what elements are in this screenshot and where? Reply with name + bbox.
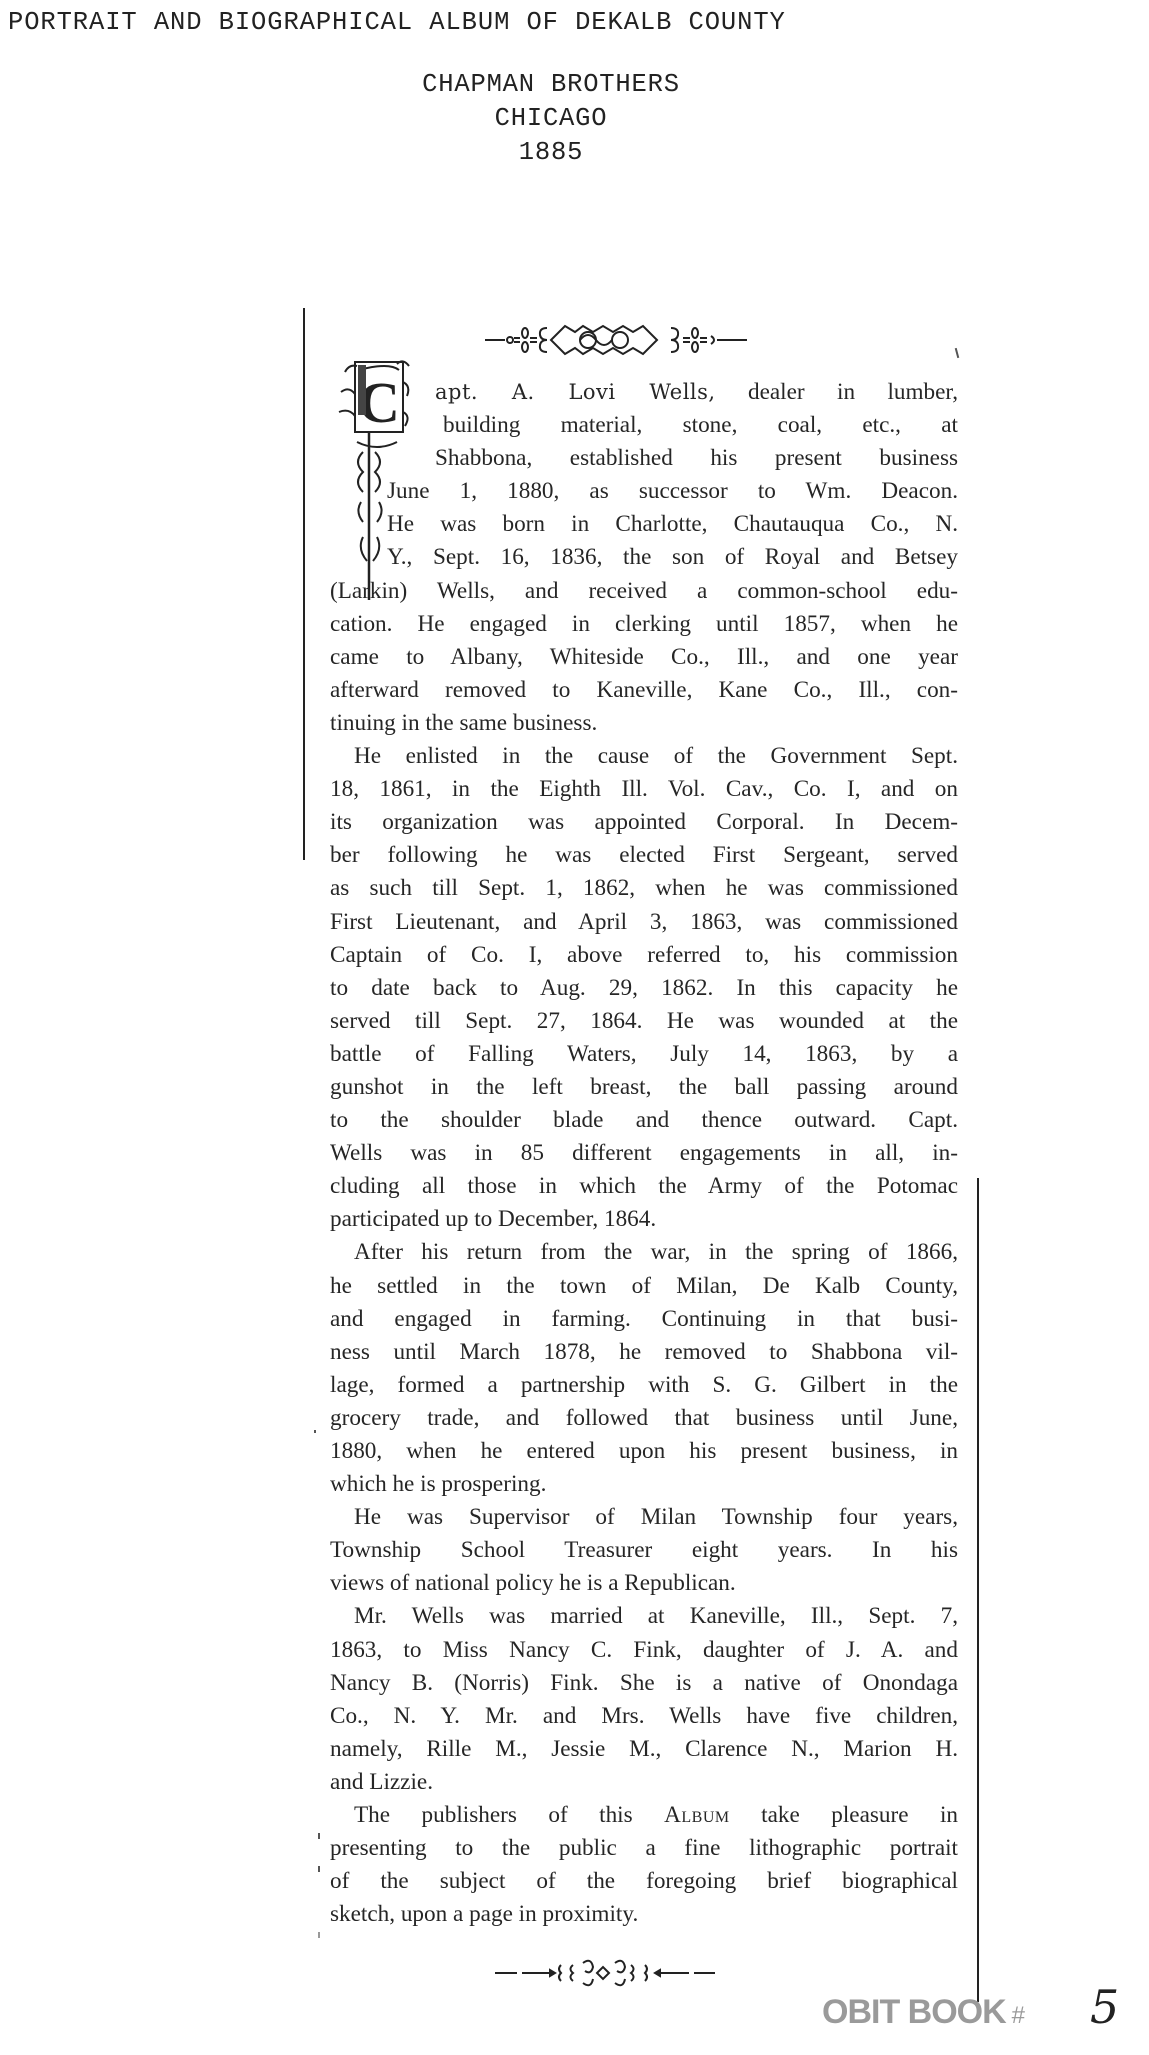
bio-line: Township School Treasurer eight years. I… [330,1534,958,1567]
publisher-name: CHAPMAN BROTHERS [0,70,1102,99]
scan-speck [955,348,960,358]
bio-line: he settled in the town of Milan, De Kalb… [330,1270,958,1303]
bio-line: and Lizzie. [330,1766,958,1799]
bio-line: ness until March 1878, he removed to Sha… [330,1336,958,1369]
bio-line: namely, Rille M., Jessie M., Clarence N.… [330,1733,958,1766]
bio-line: He was Supervisor of Milan Township four… [330,1501,958,1534]
bio-line: tinuing in the same business. [330,707,958,740]
publisher-city: CHICAGO [0,104,1102,133]
bio-line: Y., Sept. 16, 1836, the son of Royal and… [330,541,958,574]
scan-speck [314,1430,316,1433]
bio-line: Wells was in 85 different engagements in… [330,1137,958,1170]
bio-line: building material, stone, coal, etc., at [330,409,958,442]
bio-line: to date back to Aug. 29, 1862. In this c… [330,972,958,1005]
bio-line: The publishers of this Album take pleasu… [330,1799,958,1832]
bio-line: and engaged in farming. Continuing in th… [330,1303,958,1336]
bio-line: ber following he was elected First Serge… [330,839,958,872]
bio-line: June 1, 1880, as successor to Wm. Deacon… [330,475,958,508]
bio-line: 1863, to Miss Nancy C. Fink, daughter of… [330,1634,958,1667]
bio-line: Mr. Wells was married at Kaneville, Ill.… [330,1600,958,1633]
scan-speck [318,1833,320,1839]
biography-column: apt. A. Lovi Wells, dealer in lumber, bu… [330,376,958,1931]
bio-line: which he is prospering. [330,1468,958,1501]
publication-year: 1885 [0,138,1102,167]
bio-line: Co., N. Y. Mr. and Mrs. Wells have five … [330,1700,958,1733]
bio-line: (Larkin) Wells, and received a common-sc… [330,575,958,608]
scan-speck [318,1866,320,1872]
bio-line: Captain of Co. I, above referred to, his… [330,939,958,972]
bio-line: afterward removed to Kaneville, Kane Co.… [330,674,958,707]
bio-line: First Lieutenant, and April 3, 1863, was… [330,906,958,939]
bio-line: came to Albany, Whiteside Co., Ill., and… [330,641,958,674]
bio-line: its organization was appointed Corporal.… [330,806,958,839]
bio-line: He was born in Charlotte, Chautauqua Co.… [330,508,958,541]
bio-line: sketch, upon a page in proximity. [330,1898,958,1931]
scan-speck [318,1932,320,1938]
bio-line: After his return from the war, in the sp… [330,1236,958,1269]
bio-line: cation. He engaged in clerking until 185… [330,608,958,641]
headpiece-ornament-icon [485,318,780,362]
handwritten-book-number: 5 [1090,1980,1119,2034]
subject-name: apt. A. Lovi Wells, [435,380,716,404]
bio-line: 18, 1861, in the Eighth Ill. Vol. Cav., … [330,773,958,806]
bio-line: 1880, when he entered upon his present b… [330,1435,958,1468]
bio-line: battle of Falling Waters, July 14, 1863,… [330,1038,958,1071]
right-column-rule [977,1178,979,2002]
bio-line: served till Sept. 27, 1864. He was wound… [330,1005,958,1038]
bio-line: Nancy B. (Norris) Fink. She is a native … [330,1667,958,1700]
bio-line: to the shoulder blade and thence outward… [330,1104,958,1137]
bio-line: of the subject of the foregoing brief bi… [330,1865,958,1898]
bio-line: cluding all those in which the Army of t… [330,1170,958,1203]
book-title: PORTRAIT AND BIOGRAPHICAL ALBUM OF DEKAL… [8,8,786,37]
tailpiece-ornament-icon [495,1953,715,1993]
bio-line: gunshot in the left breast, the ball pas… [330,1071,958,1104]
bio-line: Shabbona, established his present busine… [330,442,958,475]
bio-line: apt. A. Lovi Wells, dealer in lumber, [330,376,958,409]
bio-line: views of national policy he is a Republi… [330,1567,958,1600]
album-smallcaps: Album [664,1802,729,1828]
left-column-rule [303,308,305,860]
bio-line: as such till Sept. 1, 1862, when he was … [330,872,958,905]
bio-line: lage, formed a partnership with S. G. Gi… [330,1369,958,1402]
obit-book-stamp: OBIT BOOK# [822,1993,1024,2032]
bio-line: presenting to the public a fine lithogra… [330,1832,958,1865]
bio-line: grocery trade, and followed that busines… [330,1402,958,1435]
bio-line: He enlisted in the cause of the Governme… [330,740,958,773]
bio-line: participated up to December, 1864. [330,1203,958,1236]
